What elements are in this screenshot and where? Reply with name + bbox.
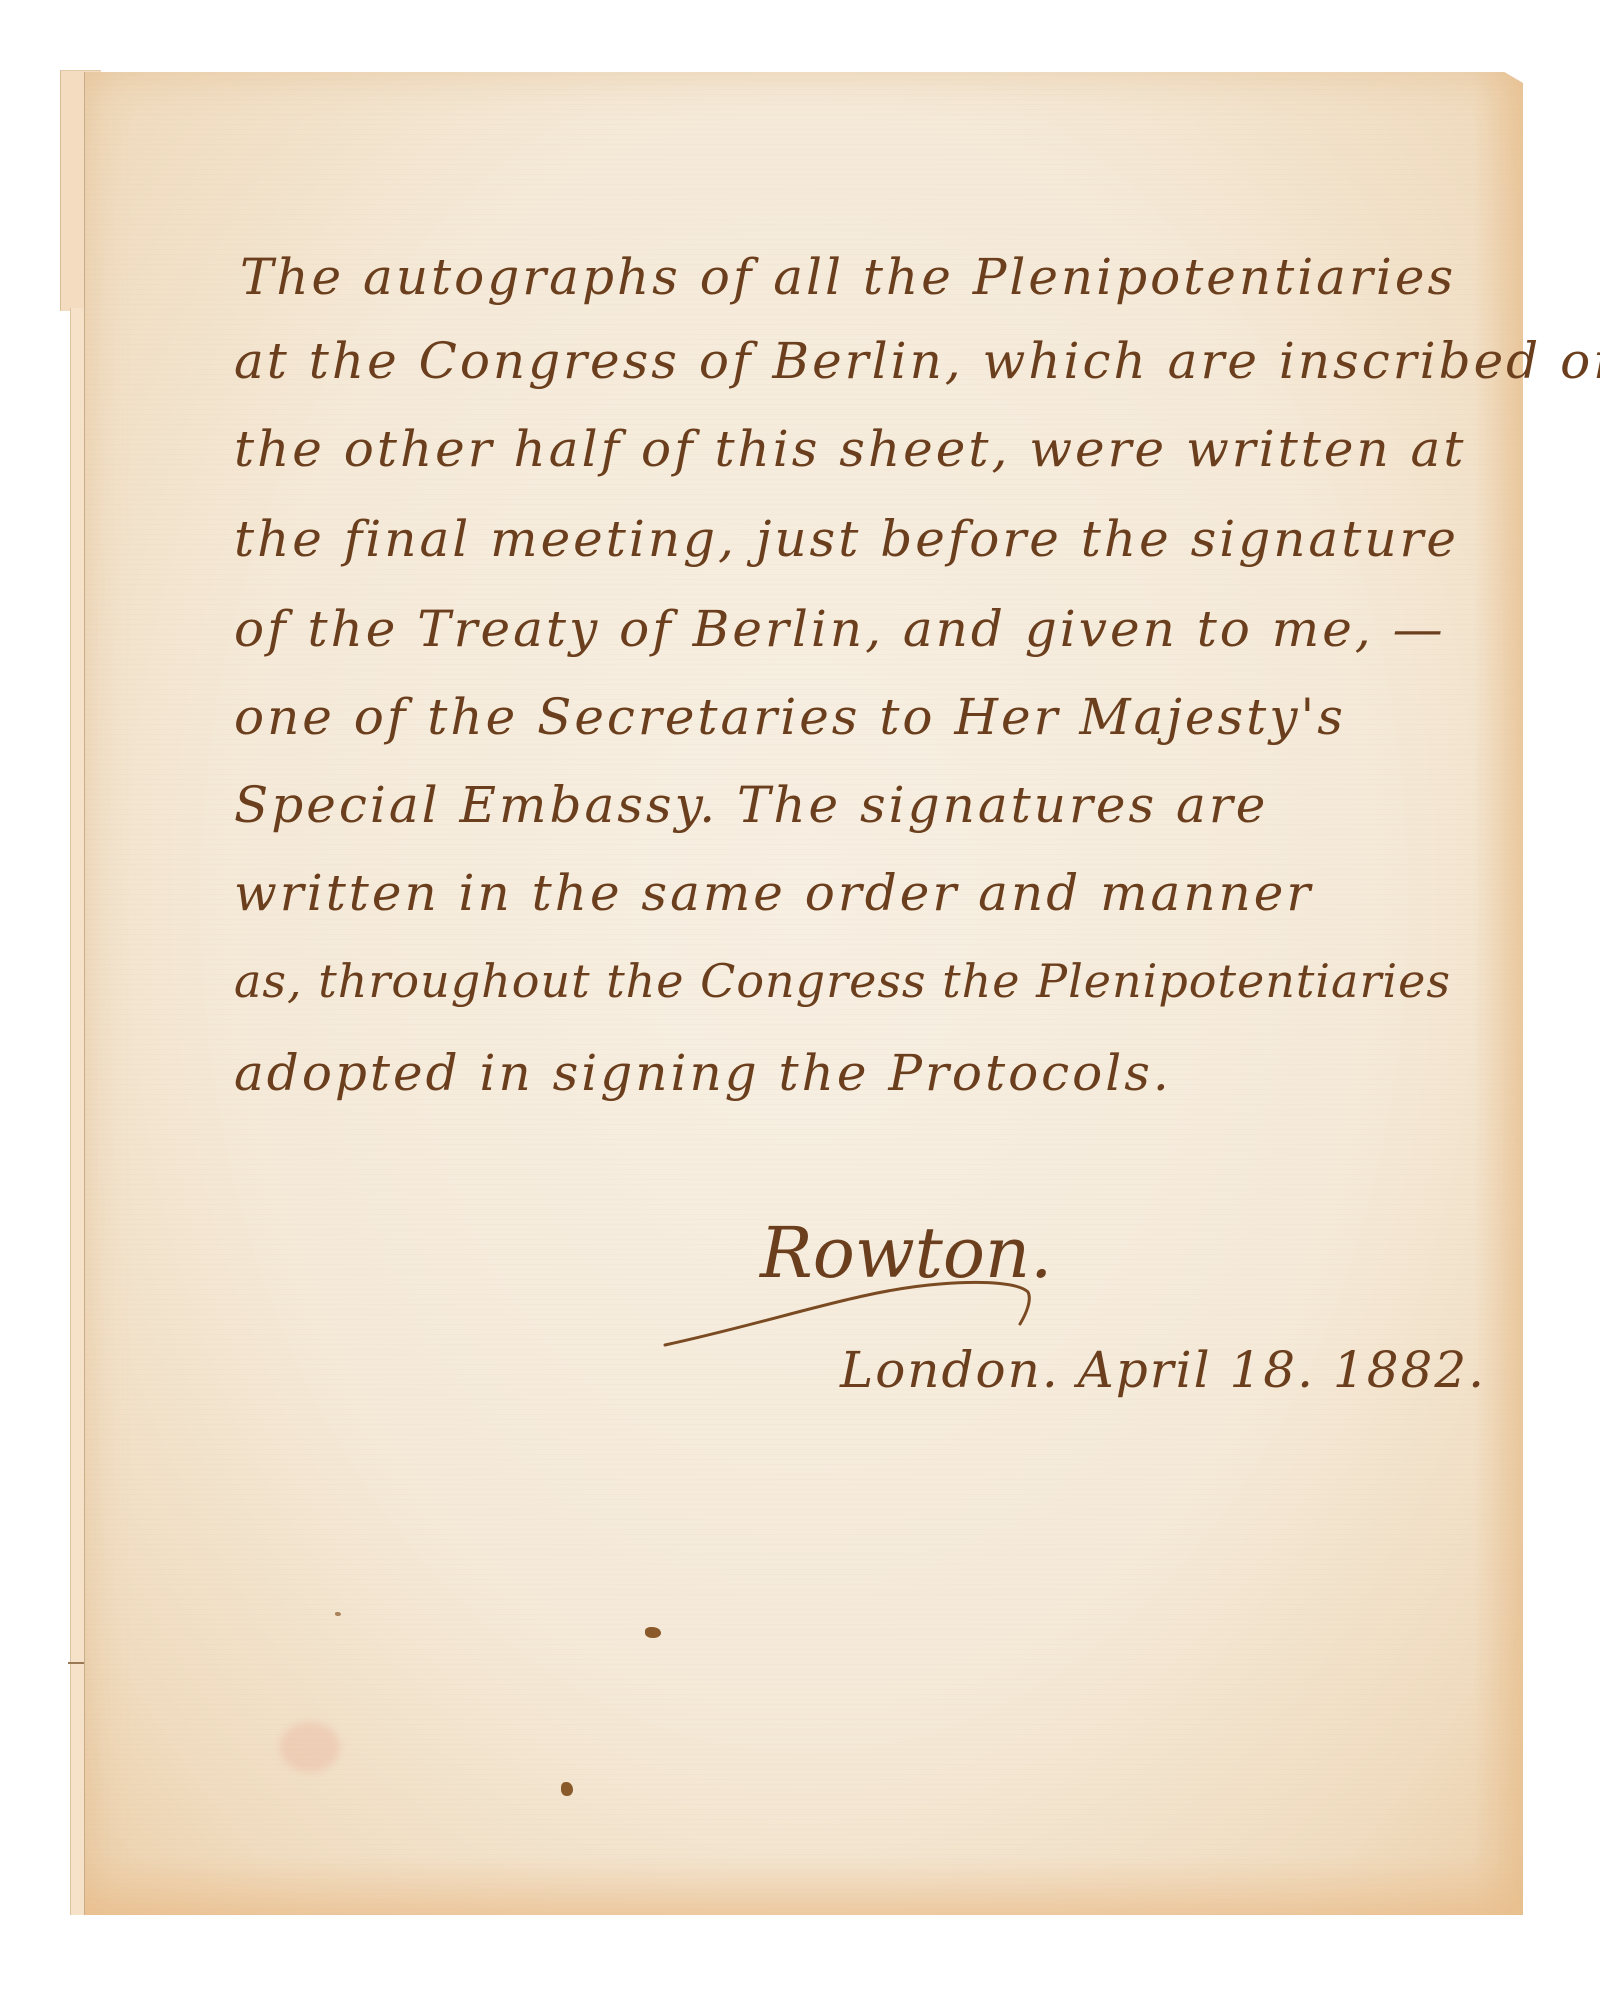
letter-line-1: The autographs of all the Plenipotentiar… [240, 252, 1456, 302]
letter-line-8: written in the same order and manner [234, 868, 1313, 918]
sheet-tear-mark [68, 1662, 86, 1664]
letter-line-6: one of the Secretaries to Her Majesty's [234, 692, 1346, 742]
letter-line-10: adopted in signing the Protocols. [234, 1048, 1172, 1098]
letter-line-2: at the Congress of Berlin, which are ins… [234, 336, 1600, 386]
letter-line-5: of the Treaty of Berlin, and given to me… [234, 604, 1446, 654]
place-and-date: London. April 18. 1882. [840, 1345, 1486, 1395]
ink-speck [335, 1612, 341, 1616]
ink-blot [645, 1627, 661, 1638]
foxing-stain-bottom [85, 1855, 1523, 1915]
pink-stain [280, 1722, 340, 1772]
letter-line-9: as, throughout the Congress the Plenipot… [234, 958, 1451, 1004]
ink-blot [561, 1782, 573, 1796]
letter-line-3: the other half of this sheet, were writt… [234, 424, 1466, 474]
letter-line-7: Special Embassy. The signatures are [234, 780, 1268, 830]
letter-line-4: the final meeting, just before the signa… [234, 514, 1459, 564]
